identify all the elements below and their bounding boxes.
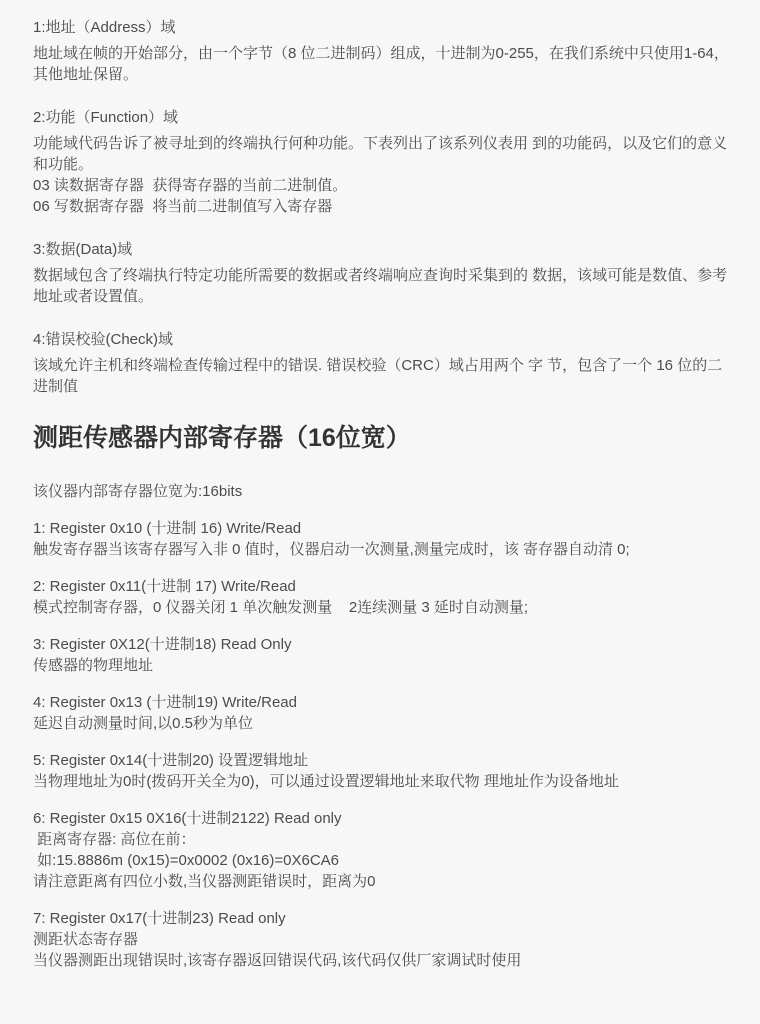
register-description: 触发寄存器当该寄存器写入非 0 值时，仪器启动一次测量,测量完成时，该 寄存器自… — [33, 539, 733, 560]
register-description: 测距状态寄存器 — [33, 929, 733, 950]
section-title: 4:错误校验(Check)域 — [33, 329, 733, 350]
registers-intro: 该仪器内部寄存器位宽为:16bits — [33, 481, 733, 502]
register-note: 请注意距离有四位小数,当仪器测距错误时，距离为0 — [33, 871, 733, 892]
section-text: 地址域在帧的开始部分，由一个字节（8 位二进制码）组成，十进制为0-255，在我… — [33, 43, 733, 85]
register-title: 7: Register 0x17(十进制23) Read only — [33, 908, 733, 929]
section-text: 该域允许主机和终端检查传输过程中的错误. 错误校验（CRC）域占用两个 字 节，… — [33, 355, 733, 397]
register-0x10-block: 1: Register 0x10 (十进制 16) Write/Read 触发寄… — [33, 518, 733, 560]
section-data-field: 3:数据(Data)域 数据域包含了终端执行特定功能所需要的数据或者终端响应查询… — [33, 239, 733, 307]
register-description: 延迟自动测量时间,以0.5秒为单位 — [33, 713, 733, 734]
register-title: 2: Register 0x11(十进制 17) Write/Read — [33, 576, 733, 597]
section-function-field: 2:功能（Function）域 功能域代码告诉了被寻址到的终端执行何种功能。下表… — [33, 107, 733, 217]
section-text: 功能域代码告诉了被寻址到的终端执行何种功能。下表列出了该系列仪表用 到的功能码，… — [33, 133, 733, 175]
register-description: 距离寄存器: 高位在前： — [33, 829, 733, 850]
register-example: 如:15.8886m (0x15)=0x0002 (0x16)=0X6CA6 — [33, 850, 733, 871]
register-0x14-block: 5: Register 0x14(十进制20) 设置逻辑地址 当物理地址为0时(… — [33, 750, 733, 792]
register-title: 3: Register 0X12(十进制18) Read Only — [33, 634, 733, 655]
register-0x13-block: 4: Register 0x13 (十进制19) Write/Read 延迟自动… — [33, 692, 733, 734]
register-note: 当仪器测距出现错误时,该寄存器返回错误代码,该代码仅供厂家调试时使用 — [33, 950, 733, 971]
section-text: 数据域包含了终端执行特定功能所需要的数据或者终端响应查询时采集到的 数据，该域可… — [33, 265, 733, 307]
registers-heading: 测距传感器内部寄存器（16位宽） — [33, 421, 733, 455]
section-check-field: 4:错误校验(Check)域 该域允许主机和终端检查传输过程中的错误. 错误校验… — [33, 329, 733, 397]
manual-page: 1:地址（Address）域 地址域在帧的开始部分，由一个字节（8 位二进制码）… — [0, 0, 760, 1024]
section-title: 3:数据(Data)域 — [33, 239, 733, 260]
register-description: 当物理地址为0时(拨码开关全为0)，可以通过设置逻辑地址来取代物 理地址作为设备… — [33, 771, 733, 792]
register-title: 6: Register 0x15 0X16(十进制2122) Read only — [33, 808, 733, 829]
section-title: 2:功能（Function）域 — [33, 107, 733, 128]
register-0x12-block: 3: Register 0X12(十进制18) Read Only 传感器的物理… — [33, 634, 733, 676]
section-address-field: 1:地址（Address）域 地址域在帧的开始部分，由一个字节（8 位二进制码）… — [33, 17, 733, 85]
register-0x11-block: 2: Register 0x11(十进制 17) Write/Read 模式控制… — [33, 576, 733, 618]
register-title: 1: Register 0x10 (十进制 16) Write/Read — [33, 518, 733, 539]
function-code-03: 03 读数据寄存器 获得寄存器的当前二进制值。 — [33, 175, 733, 196]
function-code-06: 06 写数据寄存器 将当前二进制值写入寄存器 — [33, 196, 733, 217]
register-0x15-0x16-block: 6: Register 0x15 0X16(十进制2122) Read only… — [33, 808, 733, 892]
register-title: 4: Register 0x13 (十进制19) Write/Read — [33, 692, 733, 713]
register-description: 模式控制寄存器，0 仪器关闭 1 单次触发测量 2连续测量 3 延时自动测量; — [33, 597, 733, 618]
register-0x17-block: 7: Register 0x17(十进制23) Read only 测距状态寄存… — [33, 908, 733, 971]
register-title: 5: Register 0x14(十进制20) 设置逻辑地址 — [33, 750, 733, 771]
register-description: 传感器的物理地址 — [33, 655, 733, 676]
section-title: 1:地址（Address）域 — [33, 17, 733, 38]
